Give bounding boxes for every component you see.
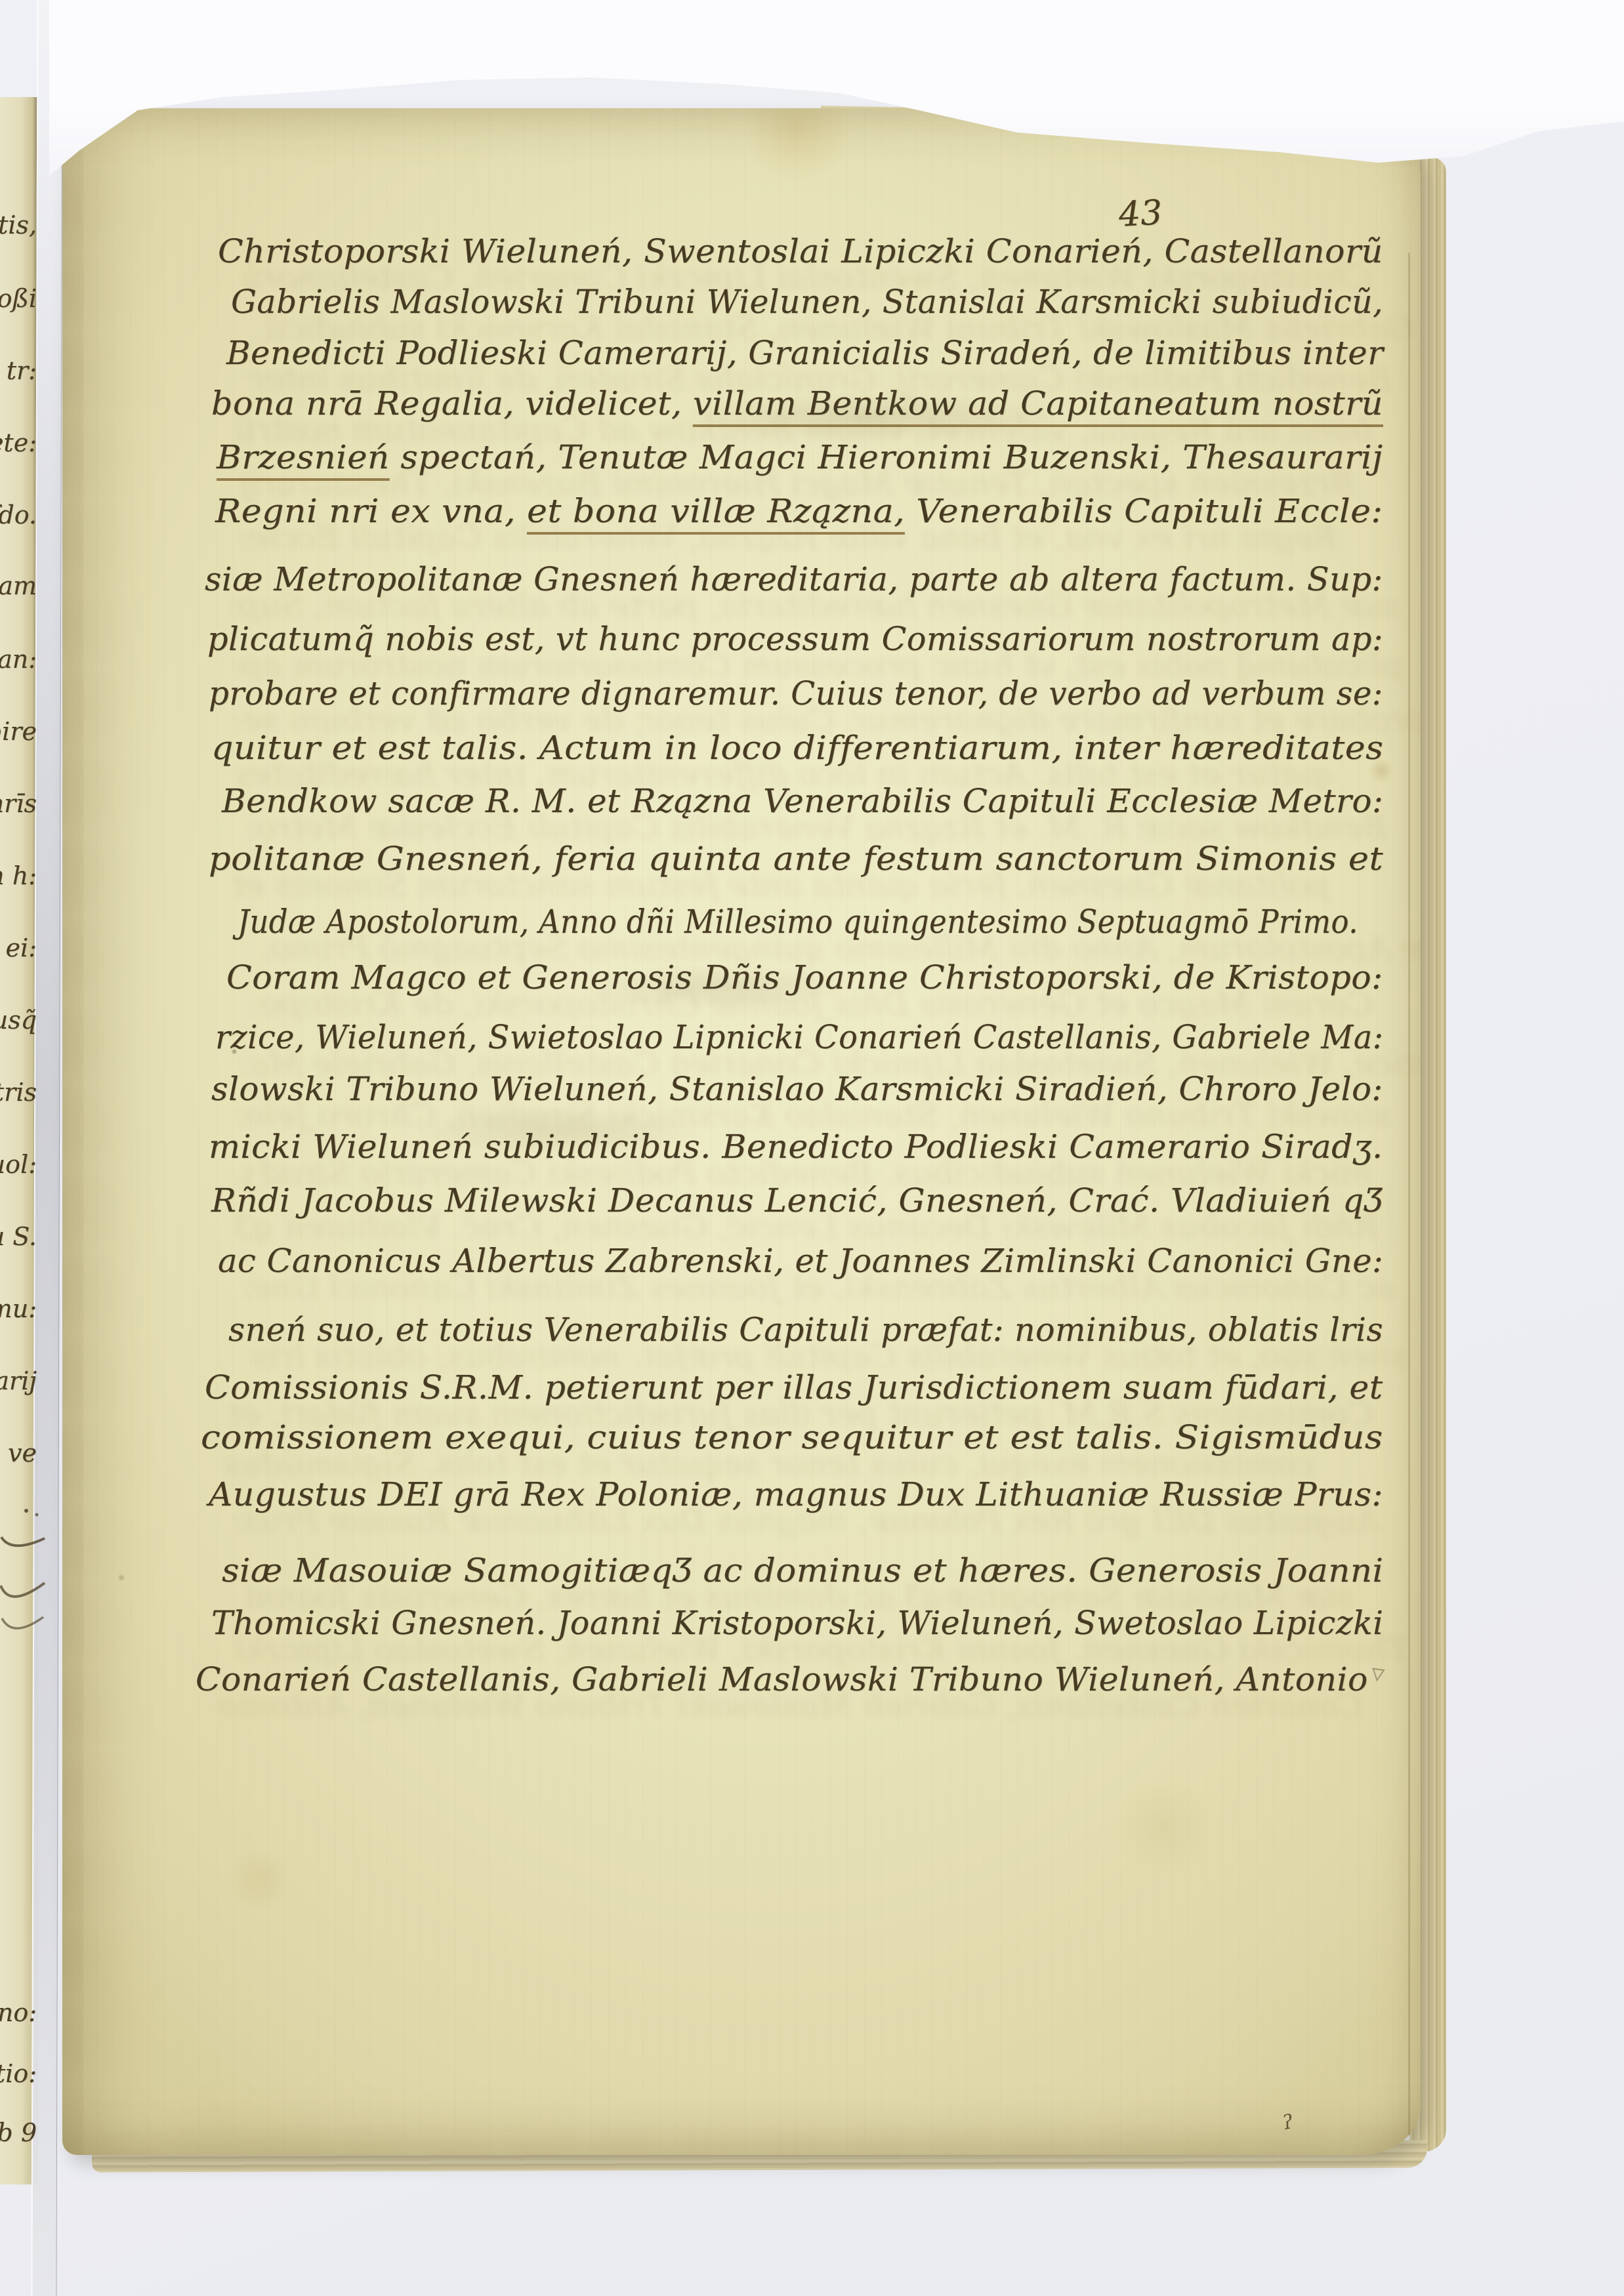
left-page-fragment: aut gen h:	[0, 863, 37, 888]
manuscript-line-18: Rñdi Jacobus Milewski Decanus Lencić, Gn…	[211, 1184, 1383, 1217]
line-text: ac Canonicus Albertus Zabrenski, et Joan…	[218, 1242, 1383, 1280]
left-page-fragment: et deuol:	[0, 1152, 37, 1177]
line-text: Thomicski Gnesneń. Joanni Kristoporski, …	[211, 1604, 1383, 1642]
left-page-fragment: mentis,	[0, 213, 37, 237]
manuscript-line-20: sneń suo, et totius Venerabilis Capituli…	[228, 1313, 1383, 1346]
left-page-fragment: Januarij	[0, 1368, 37, 1393]
left-page-fragment: tebet ei:	[0, 935, 37, 960]
manuscript-line-17: micki Wieluneń subiudicibus. Benedicto P…	[209, 1130, 1383, 1163]
manuscript-line-3: Benedicti Podlieski Camerarij, Granicial…	[226, 337, 1383, 369]
manuscript-line-16: slowski Tribuno Wieluneń, Stanislao Kars…	[211, 1073, 1383, 1105]
line-text: Benedicti Podlieski Camerarij, Granicial…	[226, 334, 1383, 372]
manuscript-line-14: Coram Magco et Generosis Dñis Joanne Chr…	[226, 961, 1383, 994]
manuscript-line-10: quitur et est talis. Actum in loco diffe…	[211, 731, 1383, 764]
left-page-fragment: eris no:	[0, 2000, 37, 2025]
left-page-fragment: d Curiam	[0, 573, 37, 598]
underlined-text: et bona villæ Rzązna,	[527, 492, 905, 535]
line-text: siæ Metropolitanæ Gnesneń hæreditaria, p…	[205, 560, 1383, 598]
line-text: Gabrielis Maslowski Tribuni Wielunen, St…	[231, 283, 1383, 321]
manuscript-line-11: Bendkow sacæ R. M. et Rzązna Venerabilis…	[222, 785, 1383, 817]
line-text: politanæ Gnesneń, feria quinta ante fest…	[209, 840, 1383, 878]
line-text: plicatumq̃ nobis est, vt hunc processum …	[207, 620, 1383, 658]
line-text: spectań, Tenutæ Magci Hieronimi Buzenski…	[390, 438, 1383, 476]
line-text: Comissionis S.R.M. petierunt per illas J…	[205, 1368, 1383, 1406]
left-page-fragment: et obire	[0, 719, 37, 744]
manuscript-line-26: Conarień Castellanis, Gabrieli Maslowski…	[196, 1663, 1368, 1696]
left-page-fragment: t, poßi	[0, 286, 37, 311]
manuscript-line-7: siæ Metropolitanæ Gnesneń hæreditaria, p…	[205, 563, 1383, 596]
left-page-fragment: mb 9	[0, 2120, 37, 2145]
manuscript-line-15: rzice, Wieluneń, Swietoslao Lipnicki Con…	[215, 1021, 1383, 1054]
manuscript-line-19: ac Canonicus Albertus Zabrenski, et Joan…	[218, 1244, 1383, 1277]
manuscript-line-21: Comissionis S.R.M. petierunt per illas J…	[205, 1371, 1383, 1404]
left-page-fragment: ribu S.	[0, 1224, 37, 1249]
page-number: 43	[1118, 195, 1163, 232]
gutter-plastic-strip	[31, 0, 62, 2296]
manuscript-line-1: Christoporski Wieluneń, Swentoslai Lipic…	[218, 235, 1383, 268]
left-page-fragment: Ogni ve	[0, 1441, 37, 1466]
line-text: sneń suo, et totius Venerabilis Capituli…	[228, 1311, 1383, 1349]
manuscript-line-22: comissionem exequi, cuius tenor sequitur…	[201, 1421, 1383, 1454]
manuscript-line-5: Brzesnień spectań, Tenutæ Magci Hieronim…	[217, 441, 1383, 474]
line-text: Regni nri ex vna,	[215, 492, 527, 530]
left-page-fragment: m tio:	[0, 2061, 37, 2086]
underlined-text: villam Bentkow ad Capitaneatum nostrũ	[693, 384, 1383, 427]
line-text: Coram Magco et Generosis Dñis Joanne Chr…	[226, 958, 1383, 996]
manuscript-text-layer: Christoporski Wieluneń, Swentoslai Lipic…	[62, 108, 1421, 2155]
line-text: Judæ Apostolorum, Anno dñi Millesimo qui…	[238, 903, 1358, 941]
manuscript-line-4: bona nrā Regalia, videlicet, villam Bent…	[211, 387, 1383, 420]
line-text: comissionem exequi, cuius tenor sequitur…	[201, 1418, 1383, 1456]
line-text: Bendkow sacæ R. M. et Rzązna Venerabilis…	[222, 782, 1383, 820]
line-text: Conarień Castellanis, Gabrieli Maslowski…	[196, 1660, 1368, 1698]
left-page-fragment: ròrefdo.	[0, 502, 37, 527]
line-text: Rñdi Jacobus Milewski Decanus Lencić, Gn…	[211, 1181, 1383, 1220]
manuscript-line-8: plicatumq̃ nobis est, vt hunc processum …	[207, 623, 1383, 655]
manuscript-line-24: siæ Masouiæ SamogitiæqƷ ac dominus et hæ…	[222, 1554, 1383, 1587]
left-page-fragment: atus ete:	[0, 430, 37, 455]
manuscript-line-2: Gabrielis Maslowski Tribuni Wielunen, St…	[231, 285, 1383, 318]
line-text: Augustus DEI grā Rex Poloniæ, magnus Dux…	[209, 1475, 1383, 1513]
line-text: rzice, Wieluneń, Swietoslao Lipnicki Con…	[215, 1018, 1383, 1056]
left-page-fragment: q̃ comu:	[0, 1296, 37, 1321]
line-text: siæ Masouiæ SamogitiæqƷ ac dominus et hæ…	[222, 1551, 1383, 1589]
pen-flourish	[0, 1506, 46, 1643]
left-page-fragment: amen utriusq̃	[0, 1008, 37, 1033]
line-text: slowski Tribuno Wieluneń, Stanislao Kars…	[211, 1070, 1383, 1108]
line-text: Christoporski Wieluneń, Swentoslai Lipic…	[218, 232, 1383, 270]
left-page-fragment: ibus nrīs	[0, 791, 37, 816]
manuscript-line-9: probare et confirmare dignaremur. Cuius …	[209, 677, 1383, 710]
manuscript-line-25: Thomicski Gnesneń. Joanni Kristoporski, …	[211, 1607, 1383, 1639]
manuscript-line-23: Augustus DEI grā Rex Poloniæ, magnus Dux…	[209, 1478, 1383, 1511]
underlined-text: Brzesnień	[217, 438, 390, 481]
line-text: bona nrā Regalia, videlicet,	[211, 384, 693, 422]
manuscript-line-13: Judæ Apostolorum, Anno dñi Millesimo qui…	[238, 905, 1358, 938]
manuscript-line-12: politanæ Gnesneń, feria quinta ante fest…	[209, 842, 1383, 875]
line-text: quitur et est talis. Actum in loco diffe…	[211, 729, 1383, 767]
left-page-fragment: ggàn, tr:	[0, 358, 37, 383]
line-text: micki Wieluneń subiudicibus. Benedicto P…	[209, 1128, 1383, 1166]
manuscript-line-6: Regni nri ex vna, et bona villæ Rzązna, …	[215, 495, 1383, 527]
left-page-fragment: atores an:	[0, 647, 37, 672]
line-text: probare et confirmare dignaremur. Cuius …	[209, 674, 1383, 712]
line-text: Venerabilis Capituli Eccle:	[905, 492, 1383, 530]
left-page-fragment: : alterutris	[0, 1080, 37, 1105]
